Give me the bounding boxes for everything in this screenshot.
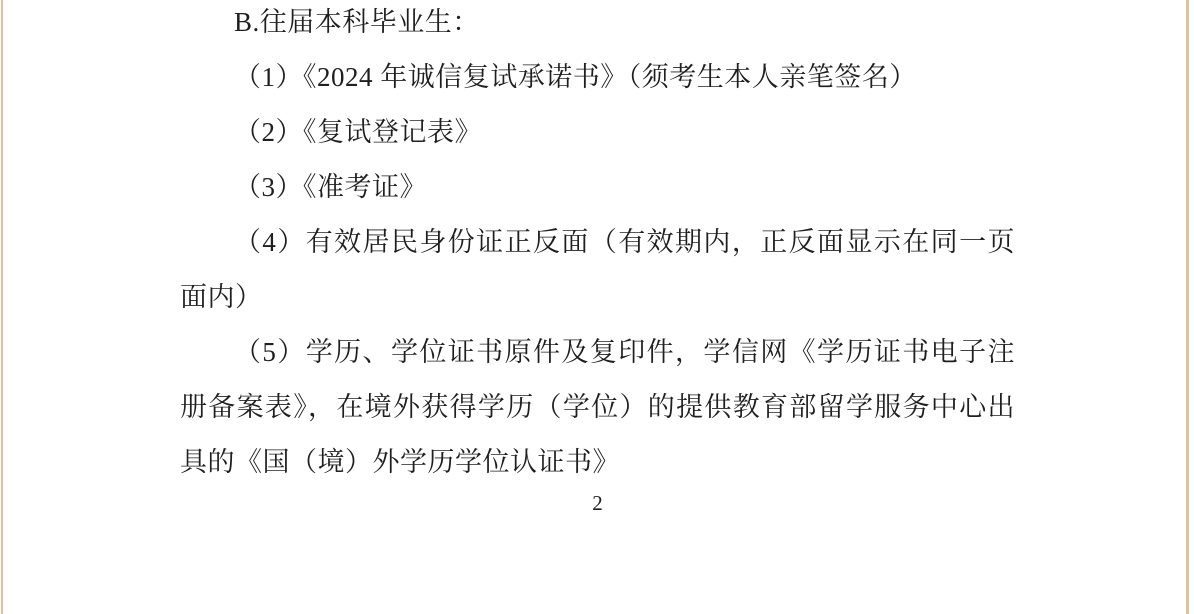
page-number: 2: [180, 488, 1015, 518]
paragraph-item-2: （2）《复试登记表》: [180, 105, 1015, 160]
paragraph-heading-b: B.往届本科毕业生：: [180, 0, 1015, 50]
paragraph-item-4: （4）有效居民身份证正反面（有效期内，正反面显示在同一页面内）: [180, 215, 1015, 325]
page-right-border: [1186, 0, 1189, 614]
document-body: B.往届本科毕业生： （1）《2024 年诚信复试承诺书》（须考生本人亲笔签名）…: [180, 0, 1015, 490]
page-left-border: [1, 0, 3, 614]
paragraph-item-5: （5）学历、学位证书原件及复印件，学信网《学历证书电子注册备案表》，在境外获得学…: [180, 325, 1015, 490]
paragraph-item-3: （3）《准考证》: [180, 160, 1015, 215]
paragraph-item-1: （1）《2024 年诚信复试承诺书》（须考生本人亲笔签名）: [180, 50, 1015, 105]
